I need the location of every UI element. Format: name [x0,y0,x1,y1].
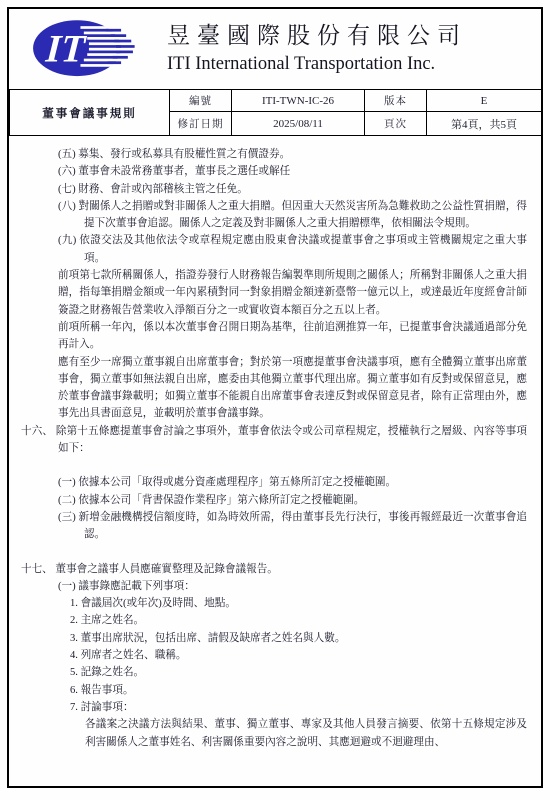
company-name-zh: 昱臺國際股份有限公司 [167,21,467,51]
body-line: (一) 議事錄應記載下列事項： [58,578,527,595]
doc-version-label: 版本 [365,90,427,112]
doc-code-label: 編號 [170,90,232,112]
body-line: 應有至少一席獨立董事親自出席董事會；對於第一項應提董事會決議事項，應有全體獨立董… [58,354,527,423]
body-line: (九) 依證交法及其他依法令或章程規定應由股東會決議或提董事會之事項或主管機關規… [58,232,527,267]
body-line: (五) 募集、發行或私募具有股權性質之有價證券。 [58,146,527,163]
doc-code-value: ITI-TWN-IC-26 [232,90,365,112]
body-line: (八) 對關係人之捐贈或對非關係人之重大捐贈。但因重大天然災害所為急難救助之公益… [58,198,527,233]
doc-revision-date-label: 修訂日期 [170,112,232,136]
body-line: 5. 記錄之姓名。 [70,664,527,681]
doc-page-value: 第4頁，共5頁 [427,112,542,136]
body-line: (六) 董事會未設常務董事者，董事長之選任或解任 [58,163,527,180]
body-line: (三) 新增金融機構授信額度時，如為時效所需，得由董事長先行決行，事後再報經最近… [58,509,527,544]
body-line: 前項所稱一年內，係以本次董事會召開日期為基準，往前追溯推算一年，已提董事會決議通… [58,319,527,354]
body-line: 7. 討論事項： [70,699,527,716]
body-line: (二) 依據本公司「背書保證作業程序」第六條所訂定之授權範圍。 [58,492,527,509]
body-line: 2. 主席之姓名。 [70,612,527,629]
company-logo-icon: IT [27,16,139,82]
body-line: 前項第七款所稱關係人，指證券發行人財務報告編製準則所規則之關係人；所稱對非關係人… [58,267,527,319]
document-page: IT 昱臺國際股份有限公司 ITI International Transpor… [0,0,550,800]
body-line: 十七、 董事會之議事人員應確實整理及記錄會議報告。 [21,561,527,578]
body-line: 十六、 除第十五條應提董事會討論之事項外，董事會依法令或公司章程規定，授權執行之… [21,423,527,458]
company-name-en: ITI International Transportation Inc. [167,51,467,77]
doc-title: 董事會議事規則 [10,90,170,136]
doc-page-label: 頁次 [365,112,427,136]
document-header: IT 昱臺國際股份有限公司 ITI International Transpor… [9,9,541,89]
body-line: 3. 董事出席狀況，包括出席、請假及缺席者之姓名與人數。 [70,630,527,647]
body-line: 6. 報告事項。 [70,682,527,699]
body-line: 1. 會議屆次(或年次)及時間、地點。 [70,595,527,612]
document-body: (五) 募集、發行或私募具有股權性質之有價證券。 (六) 董事會未設常務董事者，… [9,140,541,785]
company-names: 昱臺國際股份有限公司 ITI International Transportat… [167,21,467,77]
doc-version-value: E [427,90,542,112]
body-line: (七) 財務、會計或內部稽核主管之任免。 [58,181,527,198]
body-line: 各議案之決議方法與結果、董事、獨立董事、專家及其他人員發言摘要、依第十五條規定涉… [85,716,527,751]
logo-letters: IT [43,28,88,71]
doc-revision-date-value: 2025/08/11 [232,112,365,136]
body-line: 4. 列席者之姓名、職稱。 [70,647,527,664]
doc-info-table: 董事會議事規則 編號 ITI-TWN-IC-26 版本 E 修訂日期 2025/… [9,89,542,136]
body-line: (一) 依據本公司「取得或處分資產處理程序」第五條所訂定之授權範圍。 [58,474,527,491]
